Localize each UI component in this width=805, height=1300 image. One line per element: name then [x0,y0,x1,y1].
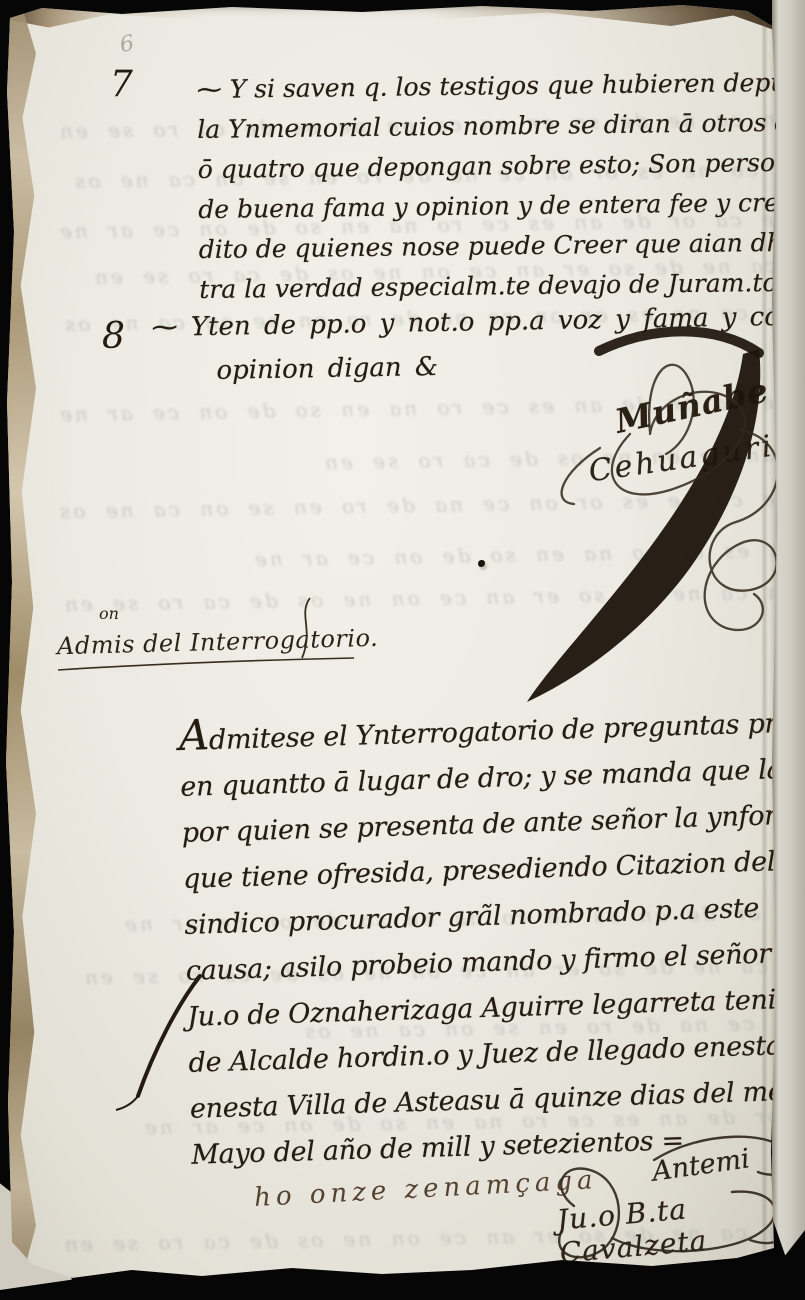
bleedthrough-line: el an de co ne es or on ce na de ro en s… [57,485,805,523]
decree-text: Admitese el Ynterrogatorio de preguntas … [178,693,805,1179]
manuscript-photo: no se on ca ne de so er an ce on ne os d… [0,0,805,1300]
bleedthrough-line: se on ne ca or de an es ce ro na en so d… [252,533,805,571]
margin-note: Admis del Interrogatorio. [57,624,379,660]
margin-note-superscript: on [99,604,119,623]
faint-corner-mark: 6 [118,31,136,58]
question-8-text: ⁓ Yten de pp.o y not.o pp.a voz y fama y… [151,294,805,394]
decree-margin-slash-tail [116,1096,138,1110]
underlying-page-edge [772,0,805,1268]
binding-edge [2,2,36,1290]
manuscript-page: no se on ca ne de so er an ce on ne os d… [2,2,780,1290]
torn-top-edge [2,2,780,32]
question-7-text: ⁓ Y si saven q. los testigos que hubiere… [197,62,805,310]
bleedthrough-line: no se on ca ne de so er an ce on ne os d… [62,578,805,616]
question-number-8: 8 [102,316,125,357]
margin-note-underline [58,658,354,670]
question-number-7: 7 [110,64,133,105]
notary-signature-name: Ju.o B.ta Çavalzeta [556,1184,783,1269]
